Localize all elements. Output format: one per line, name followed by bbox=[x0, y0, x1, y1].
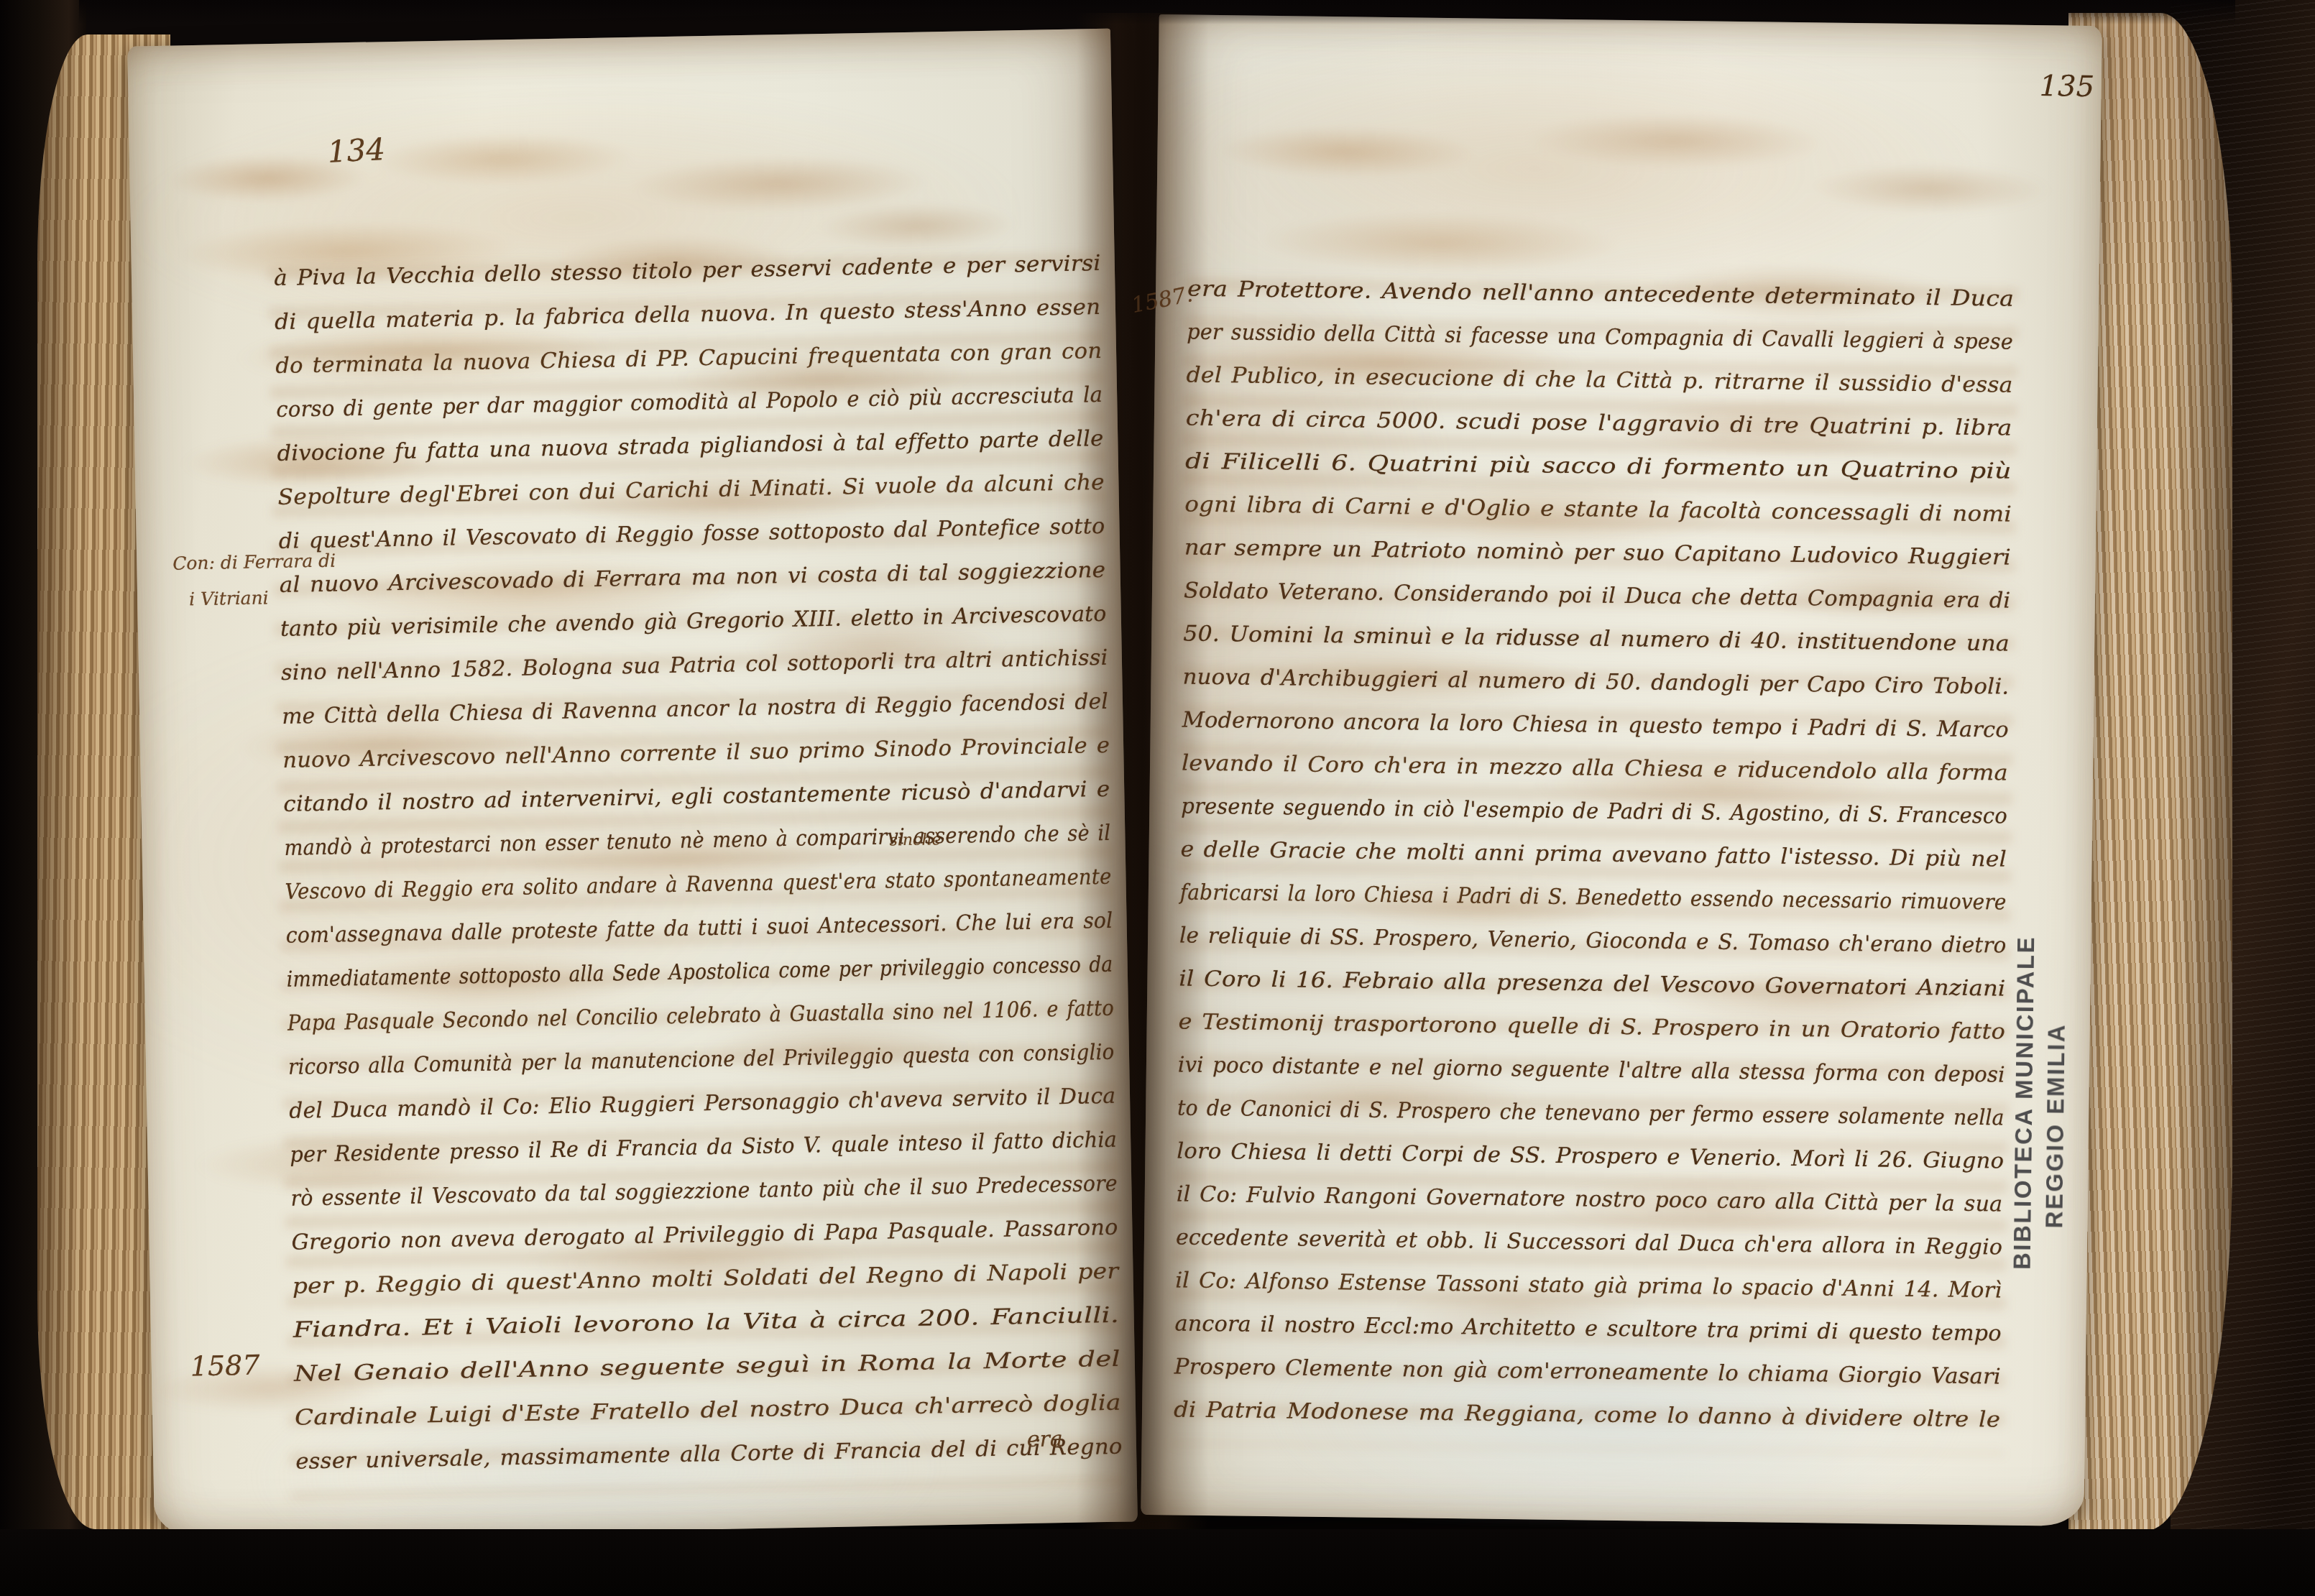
page-134: 134 Con: di Ferrara di i Vitriani 1587 s… bbox=[127, 29, 1138, 1540]
catchword: era bbox=[1026, 1426, 1063, 1452]
margin-year-1587: 1587 bbox=[190, 1350, 260, 1383]
margin-year-right: 1587. bbox=[1129, 282, 1195, 318]
page-number-left: 134 bbox=[327, 132, 387, 170]
manuscript-text-left: à Piva la Vecchia dello stesso titolo pe… bbox=[273, 241, 1122, 1484]
library-stamp: BIBLIOTECA MUNICIPALE REGGIO EMILIA bbox=[2007, 931, 2080, 1270]
manuscript-text-right: era Protettore. Avendo nell'anno anteced… bbox=[1174, 268, 2015, 1442]
stamp-line-biblioteca: BIBLIOTECA MUNICIPALE bbox=[2007, 931, 2043, 1270]
page-number-right: 135 bbox=[2039, 70, 2094, 103]
page-135: 135 1587. era Protettore. Avendo nell'an… bbox=[1141, 14, 2102, 1526]
margin-note-line2: i Vitriani bbox=[189, 587, 269, 609]
library-stamp-text: BIBLIOTECA MUNICIPALE REGGIO EMILIA bbox=[2007, 931, 2080, 1270]
table-surface bbox=[0, 1529, 2315, 1596]
manuscript-photo: 134 Con: di Ferrara di i Vitriani 1587 s… bbox=[0, 0, 2315, 1596]
top-shadow bbox=[79, 0, 2235, 24]
manuscript-line: di Patria Modonese ma Reggiana, come lo … bbox=[1174, 1388, 2001, 1442]
stamp-line-reggio: REGGIO EMILIA bbox=[2038, 931, 2074, 1270]
